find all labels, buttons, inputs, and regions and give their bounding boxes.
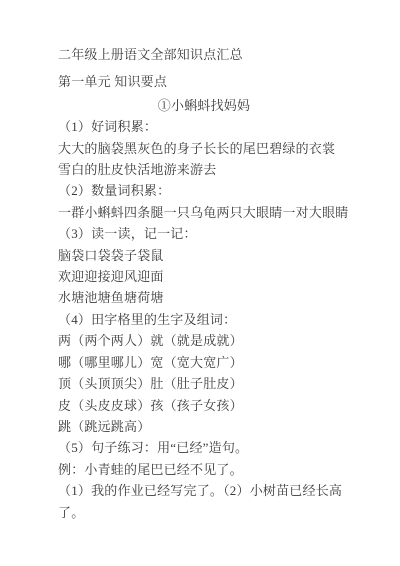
text-line: 雪白的肚皮快活地游来游去 <box>58 159 350 180</box>
section-heading: 第一单元 知识要点 <box>58 71 350 92</box>
text-line: 水塘池塘鱼塘荷塘 <box>58 287 350 308</box>
text-line: 脑袋口袋袋子袋鼠 <box>58 245 350 266</box>
text-line: 一群小蝌蚪四条腿一只乌龟两只大眼睛一对大眼睛 <box>58 202 350 223</box>
text-line: （1）好词积累： <box>58 116 350 137</box>
text-line: 跳（跳远跳高） <box>58 416 350 437</box>
text-line: （1）我的作业已经写完了。（2）小树苗已经长高了。 <box>58 480 350 523</box>
document-title: 二年级上册语文全部知识点汇总 <box>58 44 350 65</box>
document-page: 二年级上册语文全部知识点汇总 第一单元 知识要点 ①小蝌蚪找妈妈 （1）好词积累… <box>0 0 400 566</box>
text-line: 例：小青蛙的尾巴已经不见了。 <box>58 459 350 480</box>
text-line: 欢迎迎接迎风迎面 <box>58 266 350 287</box>
text-line: （3）读一读，记一记： <box>58 223 350 244</box>
text-line: 两（两个两人）就（就是成就） <box>58 330 350 351</box>
text-line: （2）数量词积累： <box>58 180 350 201</box>
text-line: （4）田字格里的生字及组词： <box>58 309 350 330</box>
text-line: 大大的脑袋黑灰色的身子长长的尾巴碧绿的衣裳 <box>58 138 350 159</box>
lesson-heading: ①小蝌蚪找妈妈 <box>58 95 350 116</box>
text-line: 顶（头顶顶尖）肚（肚子肚皮） <box>58 373 350 394</box>
text-line: 皮（头皮皮球）孩（孩子女孩） <box>58 395 350 416</box>
text-line: （5）句子练习：用“已经”造句。 <box>58 437 350 458</box>
text-line: 哪（哪里哪儿）宽（宽大宽广） <box>58 352 350 373</box>
